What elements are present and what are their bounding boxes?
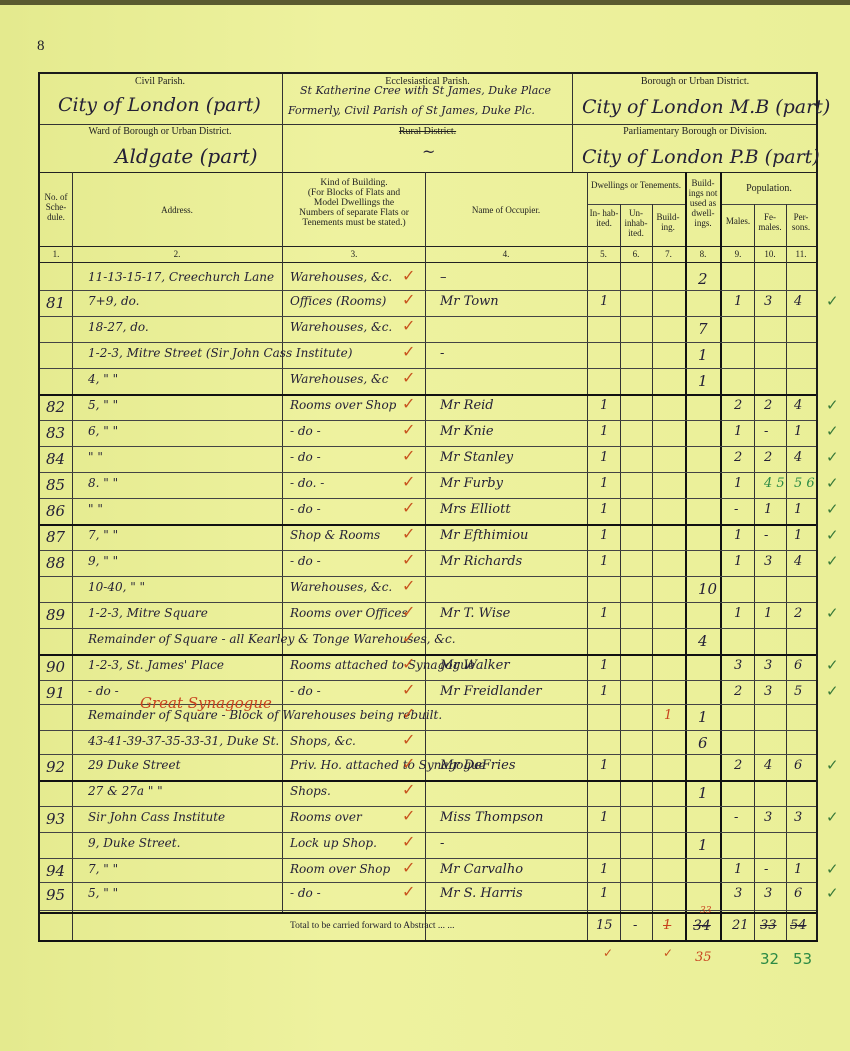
row-kind-of-building: Rooms over Shop xyxy=(290,398,396,412)
row-address: 9, " " xyxy=(88,554,118,568)
row-address: " " xyxy=(88,502,103,516)
row-schedule-number: 83 xyxy=(46,424,65,442)
row-occupier-name: Miss Thompson xyxy=(440,810,543,825)
row-persons: 6 xyxy=(794,886,802,901)
row-address: 4, " " xyxy=(88,372,118,386)
parliamentary-label: Parliamentary Borough or Division. xyxy=(575,126,815,137)
row-males: 1 xyxy=(734,424,742,439)
row-kind-of-building: Rooms over xyxy=(290,810,362,824)
row-address: 10-40, " " xyxy=(88,580,145,594)
row-occupier-name: Mr T. Wise xyxy=(440,606,510,621)
header-divider xyxy=(40,124,816,125)
row-address: 11-13-15-17, Creechurch Lane xyxy=(88,270,274,284)
col-females-header: Fe- males. xyxy=(754,212,786,232)
row-address: 7, " " xyxy=(88,528,118,542)
row-divider xyxy=(40,472,816,473)
borough-value: City of London M.B (part) xyxy=(582,96,830,118)
row-inhabited: 1 xyxy=(600,398,608,413)
row-females: 4 5 xyxy=(764,476,785,491)
row-address: 7+9, do. xyxy=(88,294,139,308)
below-total-not-dwellings: 35 xyxy=(695,950,712,965)
check-mark-icon: ✓ xyxy=(402,446,415,465)
row-divider xyxy=(40,368,816,369)
row-divider xyxy=(40,316,816,317)
row-divider xyxy=(40,730,816,731)
row-occupier-name: Mr Efthimiou xyxy=(440,528,528,543)
row-inhabited: 1 xyxy=(600,758,608,773)
margin-check-icon: ✓ xyxy=(826,860,839,878)
row-divider xyxy=(40,498,816,499)
margin-check-icon: ✓ xyxy=(826,756,839,774)
row-address: 18-27, do. xyxy=(88,320,149,334)
column-number: 5. xyxy=(587,249,620,259)
column-number: 2. xyxy=(72,249,282,259)
check-mark-icon: ✓ xyxy=(402,832,415,851)
row-address: Remainder of Square - all Kearley & Tong… xyxy=(88,632,456,646)
row-divider xyxy=(40,882,816,883)
row-schedule-number: 93 xyxy=(46,810,65,828)
row-males: 2 xyxy=(734,450,742,465)
row-inhabited: 1 xyxy=(600,424,608,439)
column-number: 10. xyxy=(754,249,786,259)
row-divider xyxy=(40,602,816,603)
row-not-dwellings: 4 xyxy=(698,632,708,650)
row-persons: 4 xyxy=(794,554,802,569)
check-mark-icon: ✓ xyxy=(402,316,415,335)
row-persons: 5 xyxy=(794,684,802,699)
margin-check-icon: ✓ xyxy=(826,396,839,414)
col-not-dwellings-header: Build- ings not used as dwell- ings. xyxy=(686,178,720,228)
ward-value: Aldgate (part) xyxy=(115,144,258,168)
margin-check-icon: ✓ xyxy=(826,448,839,466)
row-females: 3 xyxy=(764,658,772,673)
row-occupier-name: Mr Furby xyxy=(440,476,503,491)
margin-check-icon: ✓ xyxy=(826,682,839,700)
row-schedule-number: 94 xyxy=(46,862,65,880)
row-kind-of-building: - do - xyxy=(290,684,321,698)
check-mark-icon: ✓ xyxy=(402,680,415,699)
row-not-dwellings: 1 xyxy=(698,346,708,364)
row-not-dwellings: 2 xyxy=(698,270,708,288)
row-address: 5, " " xyxy=(88,886,118,900)
margin-check-icon: ✓ xyxy=(826,500,839,518)
col-inhabited-header: In- hab- ited. xyxy=(588,208,620,228)
row-inhabited: 1 xyxy=(600,810,608,825)
row-address: 29 Duke Street xyxy=(88,758,180,772)
row-males: 1 xyxy=(734,606,742,621)
row-females: - xyxy=(764,528,768,543)
header-bottom-line xyxy=(40,172,816,173)
row-schedule-number: 82 xyxy=(46,398,65,416)
check-mark-icon: ✓ xyxy=(402,704,415,723)
row-divider xyxy=(40,754,816,755)
row-address: " " xyxy=(88,450,103,464)
row-kind-of-building: Warehouses, &c. xyxy=(290,270,392,284)
check-mark-icon: ✓ xyxy=(402,576,415,595)
col-kind-line4: Numbers of separate Flats or xyxy=(283,208,425,218)
row-address: 8. " " xyxy=(88,476,118,490)
row-females: - xyxy=(764,424,768,439)
row-not-dwellings: 6 xyxy=(698,734,708,752)
row-address: 1-2-3, St. James' Place xyxy=(88,658,224,672)
grid-vline xyxy=(652,204,653,940)
row-schedule-number: 90 xyxy=(46,658,65,676)
check-mark-icon: ✓ xyxy=(402,394,415,413)
check-mark-icon: ✓ xyxy=(402,806,415,825)
row-persons: 1 xyxy=(794,528,802,543)
grid-vline xyxy=(720,172,722,940)
row-occupier-name: Mrs Elliott xyxy=(440,502,511,517)
column-number: 8. xyxy=(686,249,720,259)
row-not-dwellings: 1 xyxy=(698,836,708,854)
check-mark-icon: ✓ xyxy=(402,524,415,543)
row-kind-of-building: Warehouses, &c. xyxy=(290,580,392,594)
check-mark-icon: ✓ xyxy=(402,472,415,491)
column-number: 6. xyxy=(620,249,652,259)
row-building: 1 xyxy=(664,708,672,723)
row-schedule-number: 81 xyxy=(46,294,65,312)
column-number: 11. xyxy=(786,249,816,259)
column-number: 7. xyxy=(652,249,685,259)
totals-label: Total to be carried forward to Abstract … xyxy=(290,921,454,931)
row-inhabited: 1 xyxy=(600,886,608,901)
row-address: 43-41-39-37-35-33-31, Duke St. xyxy=(88,734,279,748)
row-occupier-name: Mr Reid xyxy=(440,398,494,413)
header-vline-2 xyxy=(572,74,573,172)
row-schedule-number: 91 xyxy=(46,684,65,702)
below-total-persons: 53 xyxy=(793,950,812,968)
row-inhabited: 1 xyxy=(600,606,608,621)
row-occupier-name: Mr DeFries xyxy=(440,758,516,773)
margin-check-icon: ✓ xyxy=(826,474,839,492)
margin-check-icon: ✓ xyxy=(826,656,839,674)
row-males: 3 xyxy=(734,886,742,901)
row-persons: 2 xyxy=(794,606,802,621)
column-number: 1. xyxy=(40,249,72,259)
check-mark-icon: ✓ xyxy=(402,780,415,799)
row-divider xyxy=(40,420,816,421)
row-address: 6, " " xyxy=(88,424,118,438)
row-divider xyxy=(40,832,816,833)
total-males: 21 xyxy=(732,918,749,933)
margin-check-icon: ✓ xyxy=(826,808,839,826)
row-divider xyxy=(40,680,816,681)
total-not-dwellings: 34 xyxy=(693,918,711,934)
row-males: 2 xyxy=(734,684,742,699)
check-mark-icon: ✓ xyxy=(402,882,415,901)
row-males: 1 xyxy=(734,476,742,491)
rural-district-label: Rural District. xyxy=(285,126,570,137)
row-address: 27 & 27a " " xyxy=(88,784,163,798)
grid-vline xyxy=(282,172,283,912)
col-kind-line1: Kind of Building. xyxy=(283,178,425,188)
col-persons-header: Per- sons. xyxy=(786,212,816,232)
col-males-header: Males. xyxy=(722,216,754,226)
grid-vline xyxy=(685,172,687,940)
col-uninhabited-header: Un- inhab- ited. xyxy=(620,208,652,238)
row-males: - xyxy=(734,502,738,517)
margin-check-icon: ✓ xyxy=(826,604,839,622)
grid-vline xyxy=(72,172,73,940)
row-inhabited: 1 xyxy=(600,684,608,699)
col-header-bottom xyxy=(40,246,816,247)
totals-bottom-line xyxy=(38,940,818,942)
row-not-dwellings: 1 xyxy=(698,372,708,390)
row-inhabited: 1 xyxy=(600,450,608,465)
civil-parish-value: City of London (part) xyxy=(58,94,261,116)
row-schedule-number: 95 xyxy=(46,886,65,904)
row-address: 1-2-3, Mitre Street (Sir John Cass Insti… xyxy=(88,346,352,360)
row-females: 3 xyxy=(764,554,772,569)
row-schedule-number: 85 xyxy=(46,476,65,494)
dwellings-group-header: Dwellings or Tenements. xyxy=(587,180,685,190)
row-kind-of-building: Warehouses, &c. xyxy=(290,320,392,334)
col-kind-line2: (For Blocks of Flats and xyxy=(283,188,425,198)
row-schedule-number: 87 xyxy=(46,528,65,546)
total-inhabited: 15 xyxy=(596,918,613,933)
check-mark-icon: ✓ xyxy=(402,290,415,309)
check-mark-icon: ✓ xyxy=(402,550,415,569)
civil-parish-label: Civil Parish. xyxy=(40,76,280,87)
row-females: 3 xyxy=(764,886,772,901)
margin-check-icon: ✓ xyxy=(826,292,839,310)
row-kind-of-building: Rooms over Offices xyxy=(290,606,408,620)
row-divider xyxy=(40,290,816,291)
row-kind-of-building: - do - xyxy=(290,886,321,900)
row-divider xyxy=(40,654,816,656)
row-kind-of-building: Lock up Shop. xyxy=(290,836,377,850)
row-divider xyxy=(40,628,816,629)
row-address: 5, " " xyxy=(88,398,118,412)
dwellings-subheader-line xyxy=(587,204,685,205)
row-occupier-name: Mr Stanley xyxy=(440,450,513,465)
row-persons: 4 xyxy=(794,294,802,309)
row-divider xyxy=(40,858,816,859)
row-occupier-name: - xyxy=(440,346,444,361)
row-kind-of-building: - do. - xyxy=(290,476,324,490)
row-males: 3 xyxy=(734,658,742,673)
check-mark-icon: ✓ xyxy=(402,654,415,673)
row-divider xyxy=(40,524,816,526)
row-address: 9, Duke Street. xyxy=(88,836,180,850)
check-mark-icon: ✓ xyxy=(402,420,415,439)
row-occupier-name: - xyxy=(440,836,444,851)
row-males: 1 xyxy=(734,528,742,543)
row-persons: 5 6 xyxy=(794,476,815,491)
row-divider xyxy=(40,342,816,343)
row-females: 2 xyxy=(764,398,772,413)
row-schedule-number: 88 xyxy=(46,554,65,572)
row-males: - xyxy=(734,810,738,825)
row-schedule-number: 84 xyxy=(46,450,65,468)
row-divider xyxy=(40,576,816,577)
ward-label: Ward of Borough or Urban District. xyxy=(40,126,280,137)
total-persons: 54 xyxy=(790,918,807,933)
row-persons: 1 xyxy=(794,862,802,877)
total-building: 1 xyxy=(663,918,671,933)
row-kind-of-building: Warehouses, &c xyxy=(290,372,388,386)
row-males: 1 xyxy=(734,554,742,569)
column-number: 3. xyxy=(283,249,425,259)
row-divider xyxy=(40,780,816,782)
parliamentary-value: City of London P.B (part) xyxy=(582,146,820,168)
row-persons: 4 xyxy=(794,450,802,465)
ecclesiastical-parish-line1: St Katherine Cree with St James, Duke Pl… xyxy=(300,84,551,97)
row-females: 1 xyxy=(764,606,772,621)
check-mark-icon: ✓ xyxy=(402,342,415,361)
grid-vline xyxy=(425,172,426,940)
grid-vline xyxy=(620,204,621,940)
row-persons: 6 xyxy=(794,758,802,773)
row-schedule-number: 89 xyxy=(46,606,65,624)
row-not-dwellings: 10 xyxy=(698,580,717,598)
row-address: Sir John Cass Institute xyxy=(88,810,225,824)
row-inhabited: 1 xyxy=(600,658,608,673)
check-mark-icon: ✓ xyxy=(663,946,673,960)
row-occupier-name: – xyxy=(440,270,447,285)
col-occupier-header: Name of Occupier. xyxy=(426,205,586,215)
check-mark-icon: ✓ xyxy=(402,602,415,621)
row-persons: 6 xyxy=(794,658,802,673)
row-address: 1-2-3, Mitre Square xyxy=(88,606,208,620)
row-divider xyxy=(40,550,816,551)
population-group-header: Population. xyxy=(722,184,816,194)
population-subheader-line xyxy=(722,204,816,205)
row-occupier-name: Mr Walker xyxy=(440,658,510,673)
page-number: 8 xyxy=(37,38,45,55)
row-kind-of-building: - do - xyxy=(290,450,321,464)
column-number: 9. xyxy=(722,249,754,259)
row-persons: 3 xyxy=(794,810,802,825)
total-not-dwellings-correction: 33 xyxy=(700,906,711,916)
col-kind-header: Kind of Building. (For Blocks of Flats a… xyxy=(283,178,425,228)
margin-check-icon: ✓ xyxy=(826,884,839,902)
row-not-dwellings: 1 xyxy=(698,708,708,726)
page-top-edge xyxy=(0,0,850,5)
col-number-bottom xyxy=(40,262,816,263)
check-mark-icon: ✓ xyxy=(603,946,613,960)
ecclesiastical-parish-line2: Formerly, Civil Parish of St James, Duke… xyxy=(288,104,535,117)
row-occupier-name: Mr Knie xyxy=(440,424,494,439)
row-females: 4 xyxy=(764,758,772,773)
row-females: 3 xyxy=(764,810,772,825)
row-persons: 1 xyxy=(794,502,802,517)
row-kind-of-building: Shops, &c. xyxy=(290,734,356,748)
grid-vline xyxy=(587,172,588,940)
row-divider xyxy=(40,446,816,447)
row-inhabited: 1 xyxy=(600,554,608,569)
row-females: 1 xyxy=(764,502,772,517)
check-mark-icon: ✓ xyxy=(402,730,415,749)
row-occupier-name: Mr Town xyxy=(440,294,499,309)
great-synagogue-annotation: Great Synagogue xyxy=(140,694,272,712)
header-vline-1 xyxy=(282,74,283,172)
row-persons: 1 xyxy=(794,424,802,439)
row-kind-of-building: Offices (Rooms) xyxy=(290,294,386,308)
row-kind-of-building: Room over Shop xyxy=(290,862,390,876)
row-kind-of-building: Shop & Rooms xyxy=(290,528,380,542)
row-males: 2 xyxy=(734,398,742,413)
row-kind-of-building: - do - xyxy=(290,554,321,568)
row-kind-of-building: - do - xyxy=(290,502,321,516)
row-males: 1 xyxy=(734,862,742,877)
check-mark-icon: ✓ xyxy=(402,858,415,877)
rural-district-value: ~ xyxy=(422,142,435,161)
row-inhabited: 1 xyxy=(600,294,608,309)
check-mark-icon: ✓ xyxy=(402,266,415,285)
col-address-header: Address. xyxy=(72,205,282,215)
row-schedule-number: 92 xyxy=(46,758,65,776)
margin-check-icon: ✓ xyxy=(826,526,839,544)
check-mark-icon: ✓ xyxy=(402,368,415,387)
row-kind-of-building: - do - xyxy=(290,424,321,438)
margin-check-icon: ✓ xyxy=(826,422,839,440)
row-females: 3 xyxy=(764,294,772,309)
check-mark-icon: ✓ xyxy=(402,498,415,517)
row-occupier-name: Mr Freidlander xyxy=(440,684,542,699)
grid-vline xyxy=(754,204,755,940)
borough-label: Borough or Urban District. xyxy=(575,76,815,87)
check-mark-icon: ✓ xyxy=(402,754,415,773)
row-inhabited: 1 xyxy=(600,862,608,877)
total-females: 33 xyxy=(760,918,777,933)
row-inhabited: 1 xyxy=(600,502,608,517)
check-mark-icon: ✓ xyxy=(402,628,415,647)
below-total-females: 32 xyxy=(760,950,779,968)
row-females: 3 xyxy=(764,684,772,699)
column-number: 4. xyxy=(426,249,586,259)
row-divider xyxy=(40,806,816,807)
row-occupier-name: Mr Carvalho xyxy=(440,862,523,877)
row-not-dwellings: 1 xyxy=(698,784,708,802)
row-divider xyxy=(40,394,816,396)
row-occupier-name: Mr S. Harris xyxy=(440,886,523,901)
row-address: - do - xyxy=(88,684,119,698)
row-inhabited: 1 xyxy=(600,528,608,543)
total-uninhabited: - xyxy=(633,918,637,933)
row-males: 2 xyxy=(734,758,742,773)
col-schedule-header: No. of Sche- dule. xyxy=(40,192,72,222)
margin-check-icon: ✓ xyxy=(826,552,839,570)
grid-vline xyxy=(786,204,787,940)
row-kind-of-building: Shops. xyxy=(290,784,331,798)
col-building-header: Build- ing. xyxy=(652,212,684,232)
row-females: - xyxy=(764,862,768,877)
col-kind-line3: Model Dwellings the xyxy=(283,198,425,208)
row-persons: 4 xyxy=(794,398,802,413)
row-males: 1 xyxy=(734,294,742,309)
row-inhabited: 1 xyxy=(600,476,608,491)
row-not-dwellings: 7 xyxy=(698,320,708,338)
col-kind-line5: Tenements must be stated.) xyxy=(283,218,425,228)
row-females: 2 xyxy=(764,450,772,465)
row-address: 7, " " xyxy=(88,862,118,876)
row-schedule-number: 86 xyxy=(46,502,65,520)
row-occupier-name: Mr Richards xyxy=(440,554,522,569)
